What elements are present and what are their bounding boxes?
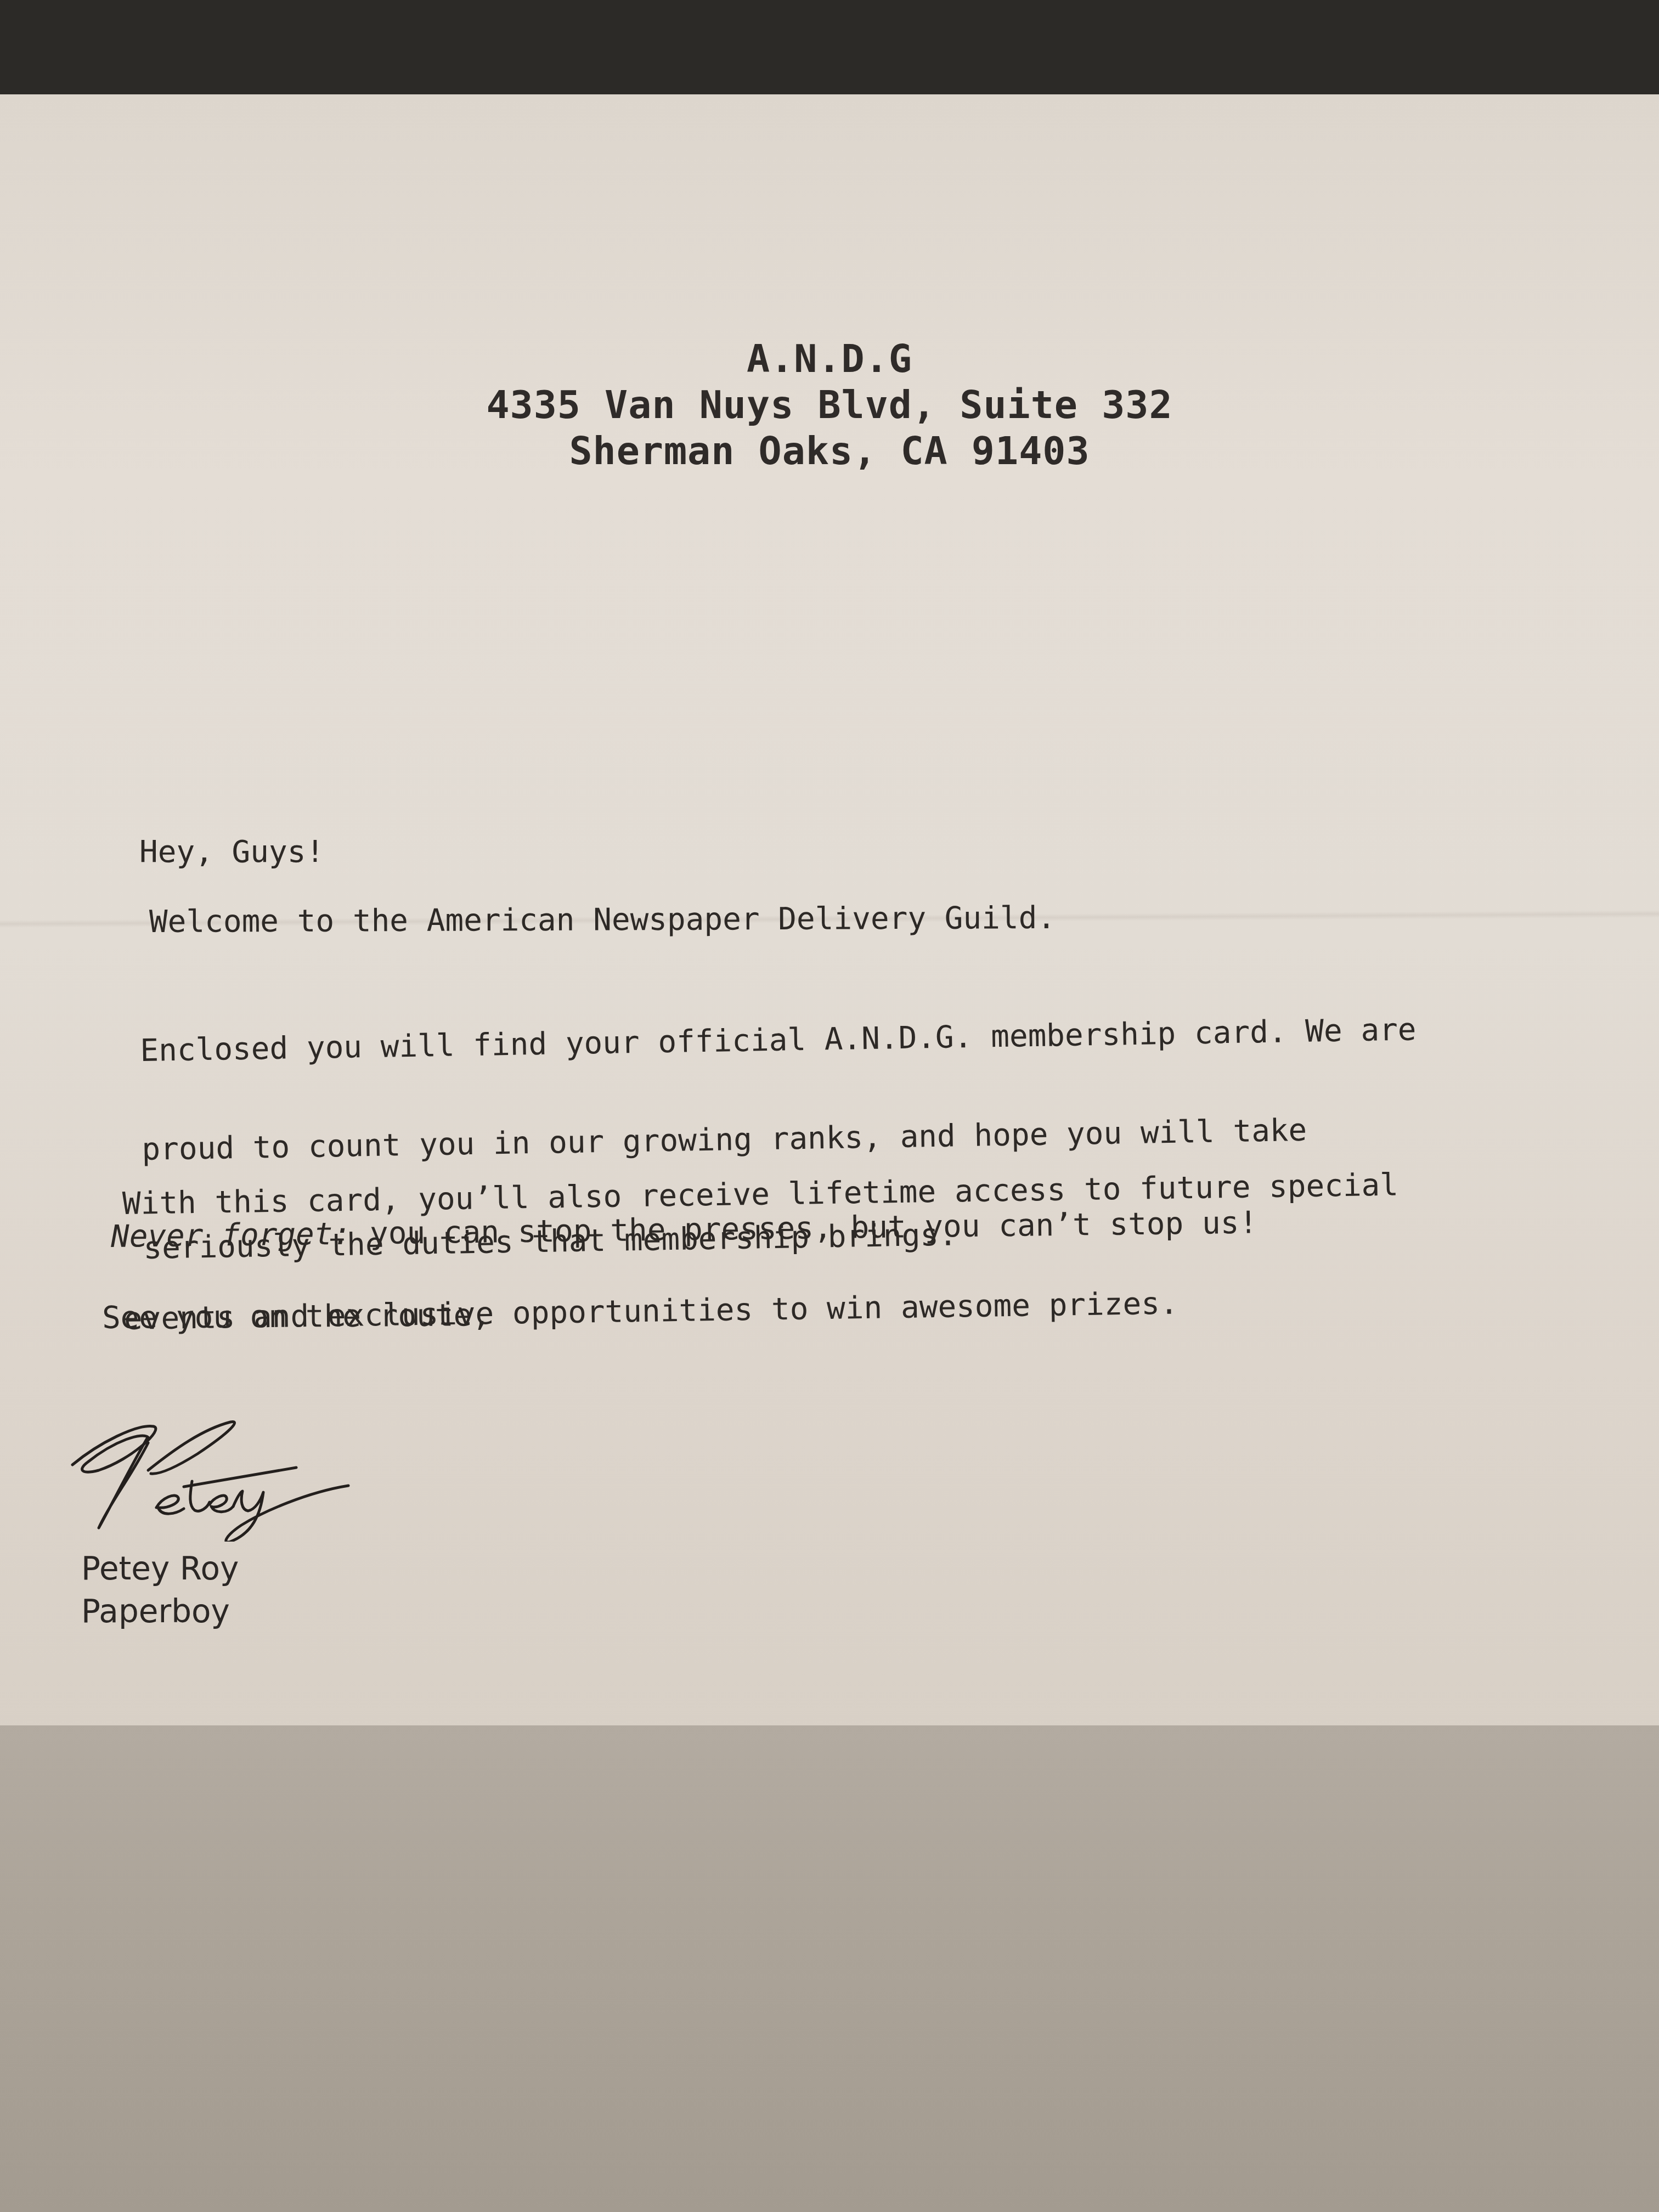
closing-line: See you on the route,: [102, 1297, 490, 1336]
paragraph-line: Enclosed you will find your official A.N…: [140, 1013, 1417, 1068]
signatory: Petey Roy Paperboy: [81, 1547, 239, 1633]
organization-name: A.N.D.G: [0, 336, 1659, 382]
dark-background: [0, 0, 1659, 96]
signatory-name: Petey Roy: [81, 1547, 239, 1590]
folded-lower-flap: [0, 1725, 1659, 2212]
handwritten-signature-icon: [66, 1410, 351, 1542]
signatory-title: Paperboy: [81, 1590, 239, 1633]
address-line-2: Sherman Oaks, CA 91403: [0, 428, 1659, 474]
motto-lead: Never forget:: [111, 1216, 352, 1255]
welcome-line: Welcome to the American Newspaper Delive…: [149, 900, 1056, 940]
address-line-1: 4335 Van Nuys Blvd, Suite 332: [0, 382, 1659, 428]
letterhead: A.N.D.G 4335 Van Nuys Blvd, Suite 332 Sh…: [0, 336, 1659, 474]
greeting: Hey, Guys!: [139, 834, 324, 870]
